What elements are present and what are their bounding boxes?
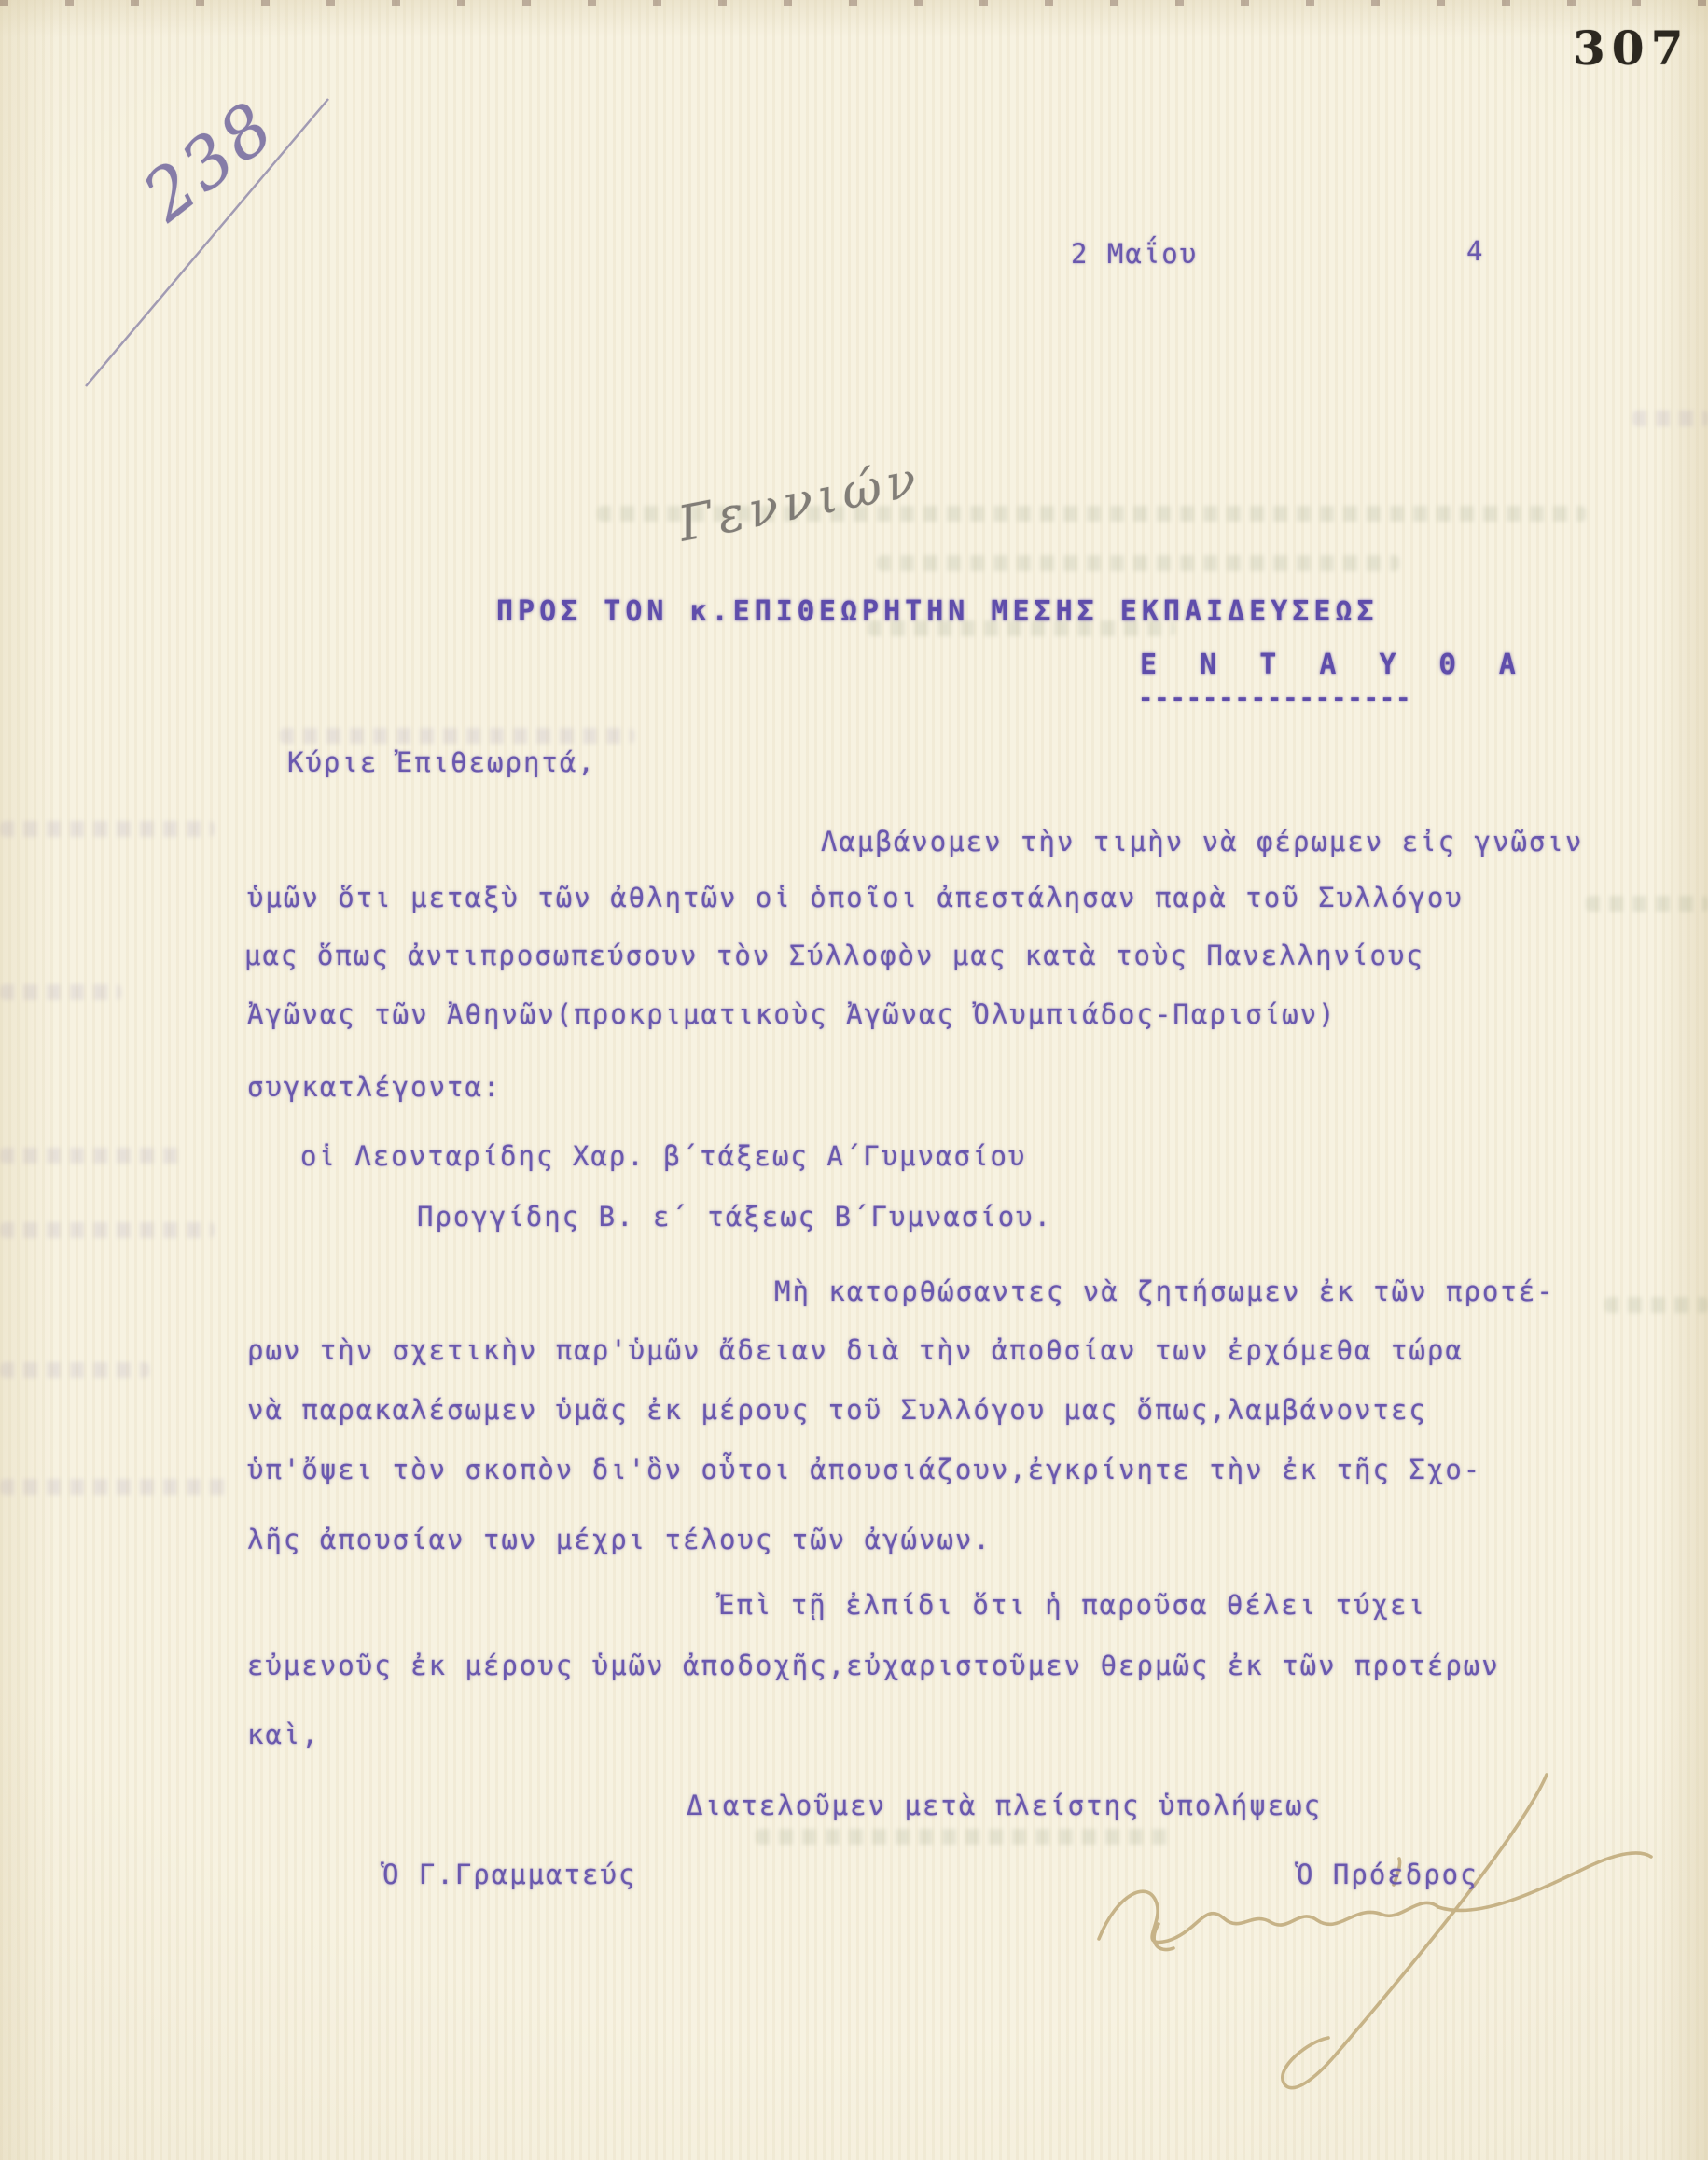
typed-line: μας ὅπως ἀντιπροσωπεύσουν τὸν Σύλλοφὸν μ… bbox=[244, 940, 1424, 971]
date-number: 4 bbox=[1466, 235, 1484, 267]
location-underline: ----------------- bbox=[1138, 684, 1411, 713]
bleed-through-artifact bbox=[1632, 411, 1708, 426]
salutation: Κύριε Ἐπιθεωρητά, bbox=[287, 746, 596, 778]
typed-line: Ἀγῶνας τῶν Ἀθηνῶν(προκριματικοὺς Ἀγῶνας … bbox=[247, 998, 1337, 1030]
date: 2 Μαΐου bbox=[1071, 238, 1198, 270]
typed-line: εὐμενοῦς ἐκ μέρους ὑμῶν ἀποδοχῆς,εὐχαρισ… bbox=[247, 1650, 1500, 1681]
annotation-handwritten: Γεννιών bbox=[674, 451, 926, 552]
typed-line: νὰ παρακαλέσωμεν ὑμᾶς ἐκ μέρους τοῦ Συλλ… bbox=[247, 1394, 1427, 1426]
typed-line: συγκατλέγοντα: bbox=[247, 1071, 501, 1103]
bleed-through-artifact bbox=[0, 1362, 149, 1378]
recipient-line: ΠΡΟΣ ΤΟΝ κ.ΕΠΙΘΕΩΡΗΤΗΝ ΜΕΣΗΣ ΕΚΠΑΙΔΕΥΣΕΩ… bbox=[496, 595, 1379, 628]
bleed-through-artifact bbox=[0, 1222, 215, 1238]
athlete-line: Προγγίδης Β. ε΄ τάξεως Β΄Γυμνασίου. bbox=[417, 1201, 1052, 1233]
typed-line: λῆς ἀπουσίαν των μέχρι τέλους τῶν ἀγώνων… bbox=[247, 1524, 992, 1555]
typed-line: ὑπ'ὄψει τὸν σκοπὸν δι'ὃν οὗτοι ἀπουσιάζο… bbox=[247, 1454, 1481, 1485]
athlete-line: οἱ Λεονταρίδης Χαρ. β΄τάξεως Α΄Γυμνασίου bbox=[300, 1140, 1026, 1172]
bleed-through-artifact bbox=[280, 728, 634, 744]
bleed-through-artifact bbox=[0, 821, 215, 837]
typed-line: Λαμβάνομεν τὴν τιμὴν νὰ φέρωμεν εἰς γνῶσ… bbox=[821, 826, 1583, 857]
bleed-through-artifact bbox=[877, 555, 1399, 571]
recipient-location: Ε Ν Τ Α Υ Θ Α bbox=[1140, 648, 1529, 681]
typed-line: ὑμῶν ὅτι μεταξὺ τῶν ἀθλητῶν οἱ ὁποῖοι ἀπ… bbox=[247, 882, 1464, 913]
president-signature bbox=[1099, 1775, 1651, 2088]
typed-line: Μὴ κατορθώσαντες νὰ ζητήσωμεν ἐκ τῶν προ… bbox=[774, 1275, 1555, 1307]
typed-line: ρων τὴν σχετικὴν παρ'ὑμῶν ἄδειαν διὰ τὴν… bbox=[247, 1334, 1464, 1366]
typed-line: καὶ, bbox=[247, 1719, 320, 1750]
typed-line: Ἐπὶ τῇ ἐλπίδι ὅτι ἡ παροῦσα θέλει τύχει bbox=[718, 1589, 1426, 1621]
bleed-through-artifact bbox=[756, 1829, 1175, 1845]
registry-number-handwritten: 238 bbox=[129, 86, 291, 237]
president-label: Ὁ Πρόεδρος bbox=[1297, 1859, 1479, 1890]
secretary-label: Ὁ Γ.Γραμματεύς bbox=[382, 1859, 636, 1890]
document-page: 307 238 Γεννιών 2 Μαΐου 4 ΠΡΟΣ ΤΟΝ κ.ΕΠΙ… bbox=[0, 0, 1708, 2160]
bleed-through-artifact bbox=[1604, 1297, 1708, 1313]
bleed-through-artifact bbox=[0, 1148, 187, 1164]
closing-line: Διατελοῦμεν μετὰ πλείστης ὑπολήψεως bbox=[687, 1790, 1322, 1821]
bleed-through-artifact bbox=[0, 1479, 233, 1495]
scan-edge-artifact bbox=[0, 0, 1708, 6]
folio-number: 307 bbox=[1573, 21, 1689, 76]
bleed-through-artifact bbox=[1586, 896, 1708, 912]
bleed-through-artifact bbox=[0, 984, 121, 1000]
